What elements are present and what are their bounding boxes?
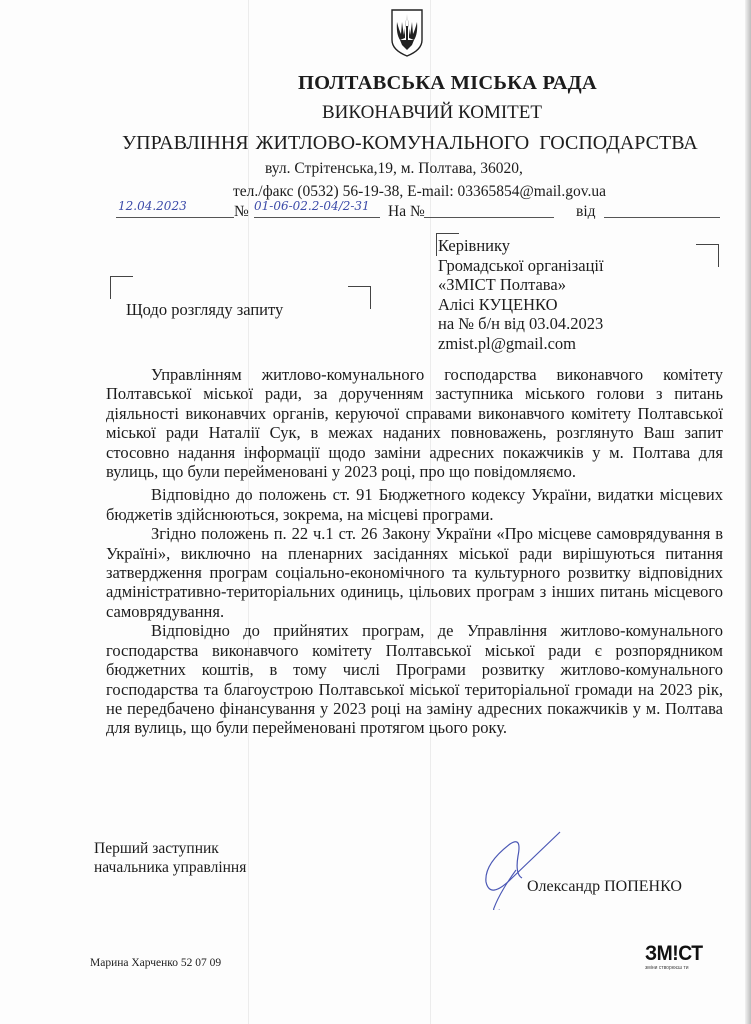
- on-number-label: На №: [388, 203, 425, 221]
- from-blank: [604, 217, 720, 218]
- subject-line: Щодо розгляду запиту: [126, 300, 283, 320]
- handwritten-signature-icon: [460, 830, 570, 910]
- addressee-line: zmist.pl@gmail.com: [438, 334, 604, 354]
- addressee-line: на № б/н від 03.04.2023: [438, 314, 604, 334]
- executor-contact: Марина Харченко 52 07 09: [90, 957, 221, 969]
- addressee-line: Громадської організації: [438, 256, 604, 276]
- on-number-blank: [424, 217, 554, 218]
- zmist-logo: ЗМ!СТ зміни створюєш ти: [645, 944, 708, 971]
- subject-bracket-left: [110, 276, 133, 299]
- letter-body: Управлінням житлово-комунального господа…: [106, 365, 723, 738]
- body-paragraph: Відповідно до прийнятих програм, де Упра…: [106, 621, 723, 737]
- number-label: №: [234, 203, 249, 221]
- subject-bracket-right: [348, 286, 371, 309]
- signatory-name: Олександр ПОПЕНКО: [527, 878, 682, 896]
- addressee-line: Керівнику: [438, 236, 604, 256]
- logo-mark: ЗМ!СТ: [645, 944, 703, 964]
- office-address: вул. Стрітенська,19, м. Полтава, 36020,: [265, 160, 523, 178]
- logo-tagline: зміни створюєш ти: [645, 965, 708, 971]
- addressee-block: Керівнику Громадської організації «ЗМІСТ…: [438, 236, 604, 354]
- addressee-bracket-right: [696, 244, 719, 267]
- council-name: ПОЛТАВСЬКА МІСЬКА РАДА: [298, 72, 597, 95]
- body-paragraph: Відповідно до положень ст. 91 Бюджетного…: [106, 485, 723, 524]
- trident-coat-of-arms-icon: [390, 8, 424, 58]
- outgoing-number: 01-06-02.2-04/2-31: [254, 199, 380, 218]
- department-name-part2: ГОСПОДАРСТВА: [539, 132, 698, 154]
- scan-edge: [745, 0, 751, 1024]
- department-name: УПРАВЛІННЯ ЖИТЛОВО-КОМУНАЛЬНОГОГОСПОДАРС…: [122, 132, 698, 155]
- outgoing-date: 12.04.2023: [116, 199, 234, 218]
- position-line: Перший заступник: [94, 839, 246, 858]
- signatory-position: Перший заступник начальника управління: [94, 839, 246, 877]
- from-label: від: [576, 203, 596, 221]
- addressee-line: Алісі КУЦЕНКО: [438, 295, 604, 315]
- committee-name: ВИКОНАВЧИЙ КОМІТЕТ: [322, 102, 542, 124]
- body-paragraph: Згідно положень п. 22 ч.1 ст. 26 Закону …: [106, 524, 723, 621]
- department-name-part1: УПРАВЛІННЯ ЖИТЛОВО-КОМУНАЛЬНОГО: [122, 132, 529, 154]
- addressee-line: «ЗМІСТ Полтава»: [438, 275, 604, 295]
- position-line: начальника управління: [94, 858, 246, 877]
- body-paragraph: Управлінням житлово-комунального господа…: [106, 365, 723, 481]
